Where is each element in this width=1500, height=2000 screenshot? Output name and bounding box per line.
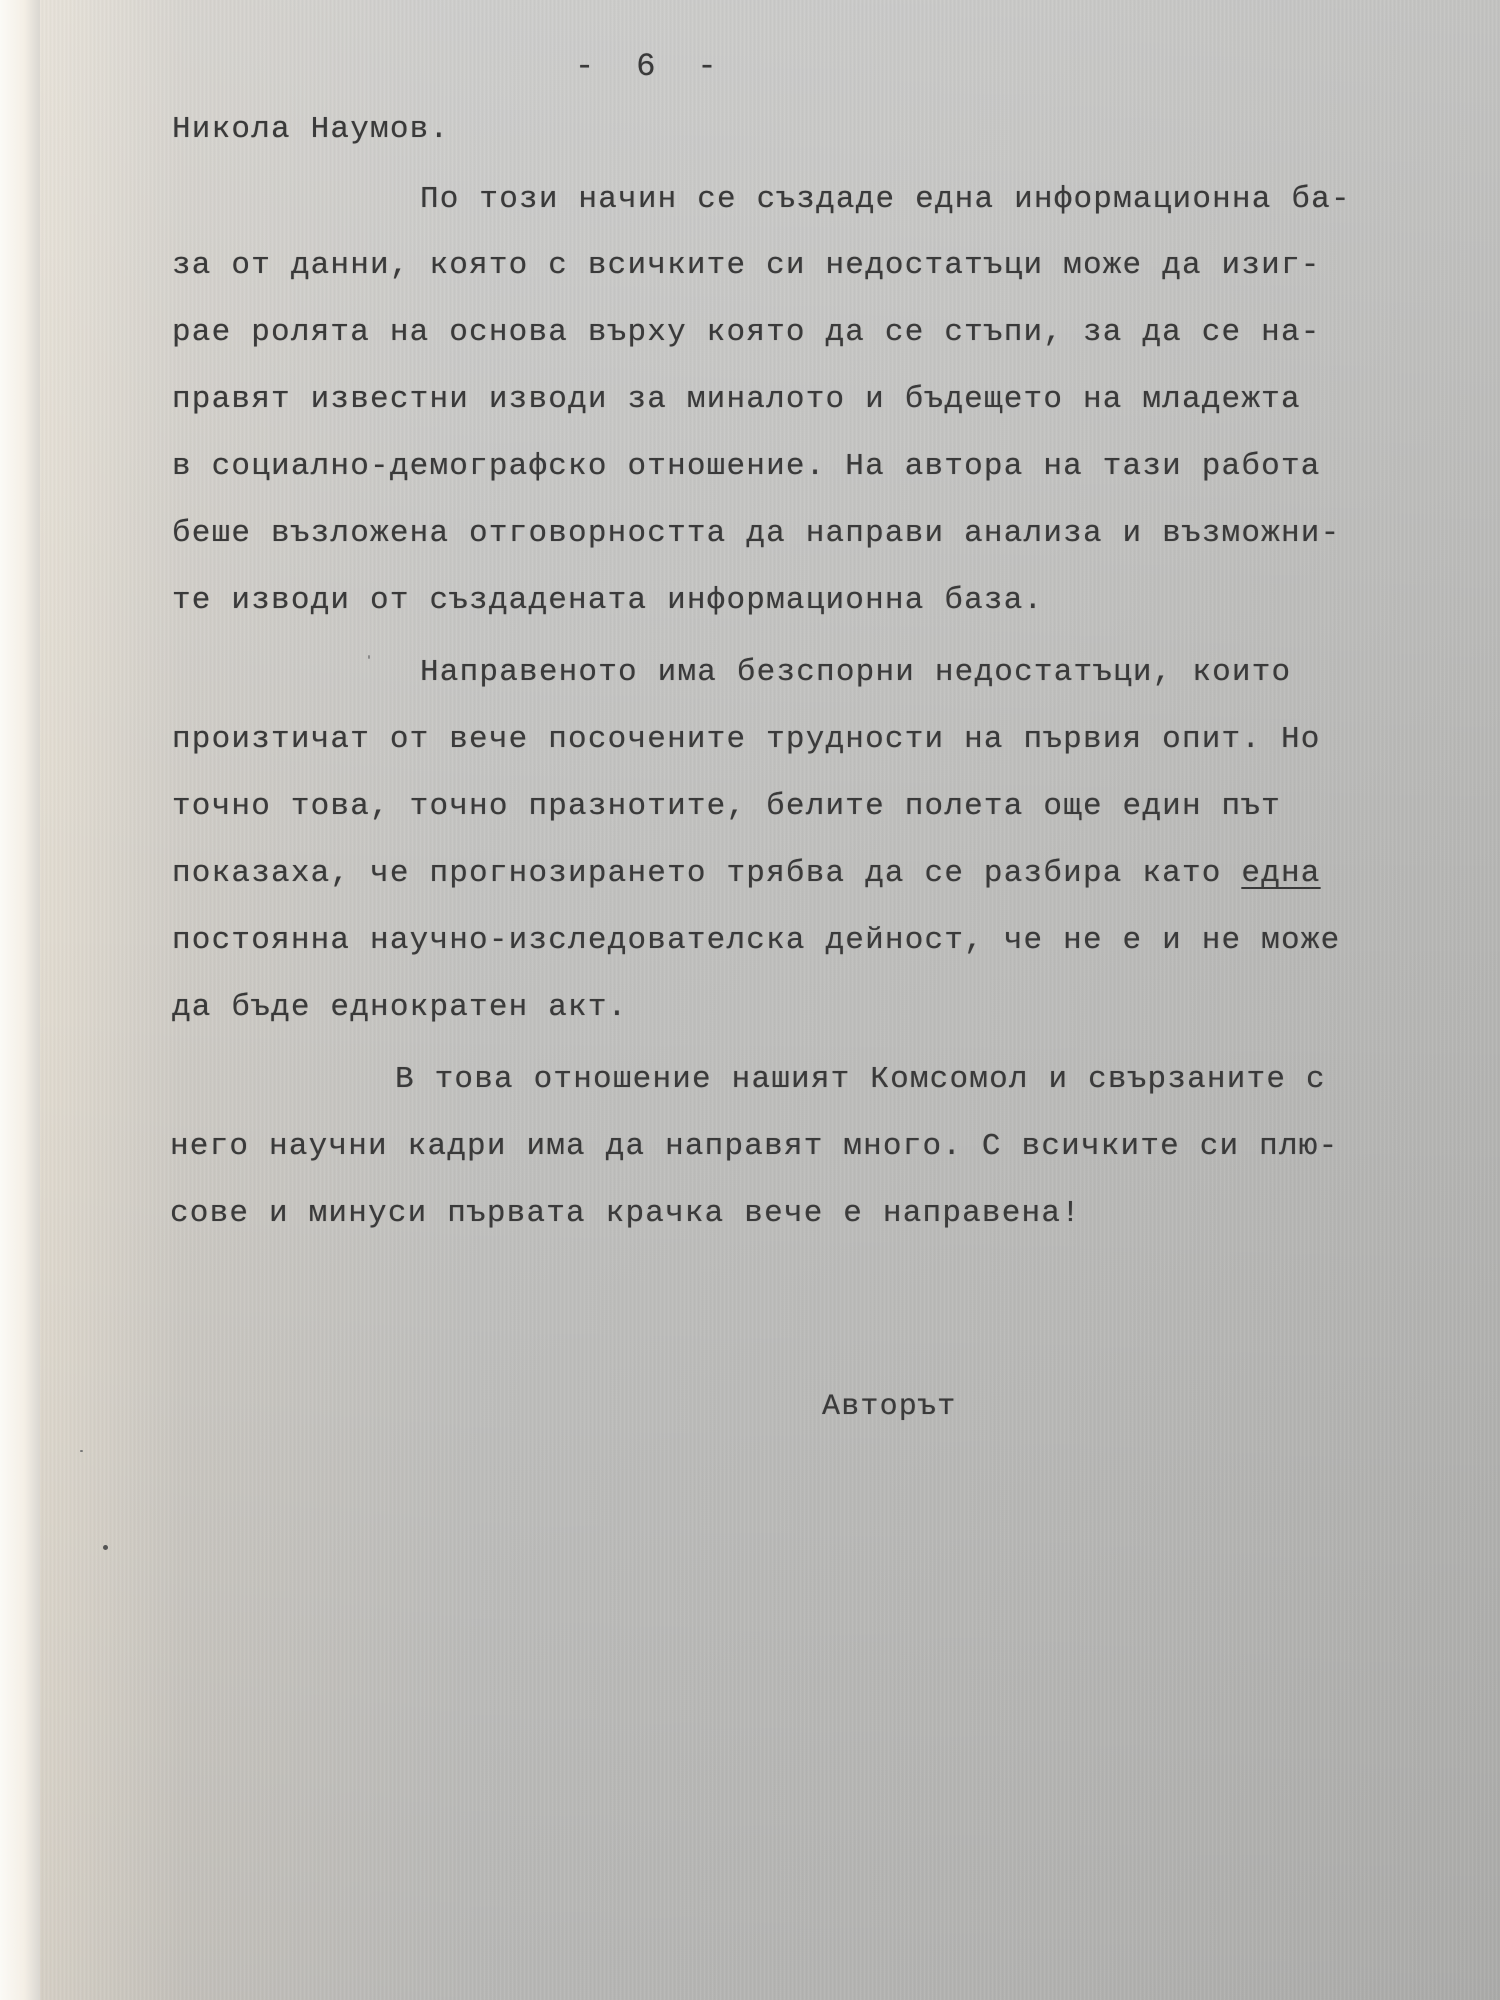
underlined-word: една — [1241, 856, 1320, 891]
paragraph-1-line-5: в социално-демографско отношение. На авт… — [172, 449, 1321, 484]
paper-speck — [103, 1545, 108, 1550]
paragraph-2-line-4: показаха, че прогнозирането трябва да се… — [172, 856, 1321, 891]
paragraph-2-line-1: Направеното има безспорни недостатъци, к… — [420, 655, 1291, 690]
paragraph-2-line-5: постоянна научно-изследователска дейност… — [172, 923, 1340, 958]
paragraph-1-line-4: правят известни изводи за миналото и бъд… — [172, 382, 1301, 417]
paragraph-1-line-7: те изводи от създадената информационна б… — [172, 583, 1043, 618]
paper-speck — [80, 1450, 83, 1452]
paragraph-3-line-2: него научни кадри има да направят много.… — [170, 1129, 1338, 1164]
paper-speck — [368, 655, 370, 659]
paragraph-2-line-4-text: показаха, че прогнозирането трябва да се… — [172, 856, 1241, 891]
paragraph-1-line-1: По този начин се създаде една информацио… — [420, 182, 1351, 217]
paragraph-2-line-6: да бъде еднократен акт. — [172, 990, 627, 1025]
paragraph-1-line-6: беше възложена отговорността да направи … — [172, 516, 1340, 551]
paragraph-2-line-3: точно това, точно празнотите, белите пол… — [172, 789, 1281, 824]
page-number: - 6 - — [575, 48, 718, 85]
paragraph-3-line-3: сове и минуси първата крачка вече е напр… — [170, 1196, 1081, 1231]
paragraph-1-line-2: за от данни, която с всичките си недоста… — [172, 248, 1321, 283]
signature: Авторът — [822, 1390, 956, 1424]
paragraph-3-line-1: В това отношение нашият Комсомол и свърз… — [395, 1062, 1326, 1097]
paragraph-2-line-2: произтичат от вече посочените трудности … — [172, 722, 1321, 757]
paragraph-1-line-3: рае ролята на основа върху която да се с… — [172, 315, 1321, 350]
text-line-author-name: Никола Наумов. — [172, 112, 449, 147]
